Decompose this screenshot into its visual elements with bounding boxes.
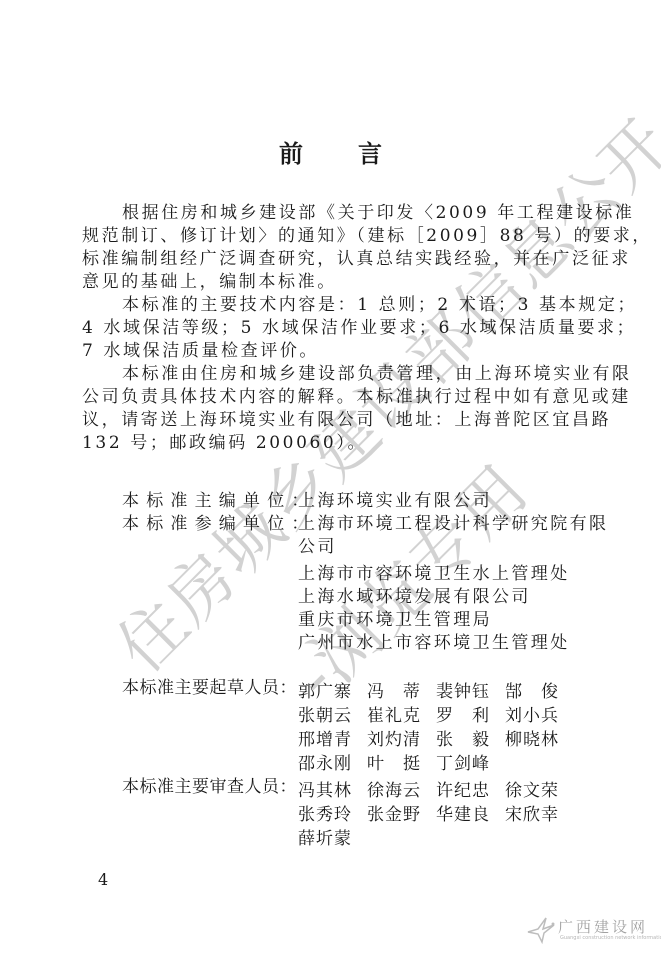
- reviewer-name: 张金野: [367, 800, 421, 825]
- title-char-2: 言: [358, 134, 381, 169]
- participating-unit: 上海水域环境发展有限公司: [298, 586, 531, 609]
- paragraph-2: 本标准的主要技术内容是：1 总则；2 术语；3 基本规定； 4 水域保洁等级；5…: [82, 294, 584, 363]
- drafter-name: 叶 挺: [367, 749, 421, 774]
- chief-editor-label: 本标准主编单位：: [122, 490, 316, 513]
- drafter-name: 郭广寨: [298, 677, 352, 702]
- paragraph-3: 本标准由住房和城乡建设部负责管理，由上海环境实业有限 公司负责具体技术内容的解释…: [82, 363, 584, 455]
- reviewer-name: 徐海云: [367, 776, 421, 801]
- site-logo: 广西建设网 Guangxi construction network infor…: [526, 916, 658, 946]
- drafter-name: 邵永刚: [298, 749, 352, 774]
- text-line: 意见的基础上，编制本标准。: [82, 271, 584, 294]
- drafter-name: 丁剑峰: [436, 749, 490, 774]
- text-line: 7 水域保洁质量检查评价。: [82, 340, 584, 363]
- participating-unit: 上海市环境工程设计科学研究院有限: [298, 513, 608, 536]
- text-line: 本标准的主要技术内容是：1 总则；2 术语；3 基本规定；: [82, 294, 584, 317]
- preface-body: 根据住房和城乡建设部《关于印发〈2009 年工程建设标准 规范制订、修订计划〉的…: [82, 202, 584, 455]
- drafter-name: 冯 蒂: [367, 677, 421, 702]
- reviewer-name: 许纪忠: [436, 776, 490, 801]
- reviewer-name: 华建良: [436, 800, 490, 825]
- title-char-1: 前: [279, 134, 302, 169]
- reviewer-name: 张秀玲: [298, 800, 352, 825]
- logo-subtitle: Guangxi construction network information: [560, 935, 661, 941]
- participating-unit: 上海市市容环境卫生水上管理处: [298, 563, 570, 586]
- drafter-name: 张 毅: [436, 725, 490, 750]
- drafter-name: 柳晓林: [505, 725, 559, 750]
- drafter-name: 郜 俊: [505, 677, 559, 702]
- reviewer-name: 徐文荣: [505, 776, 559, 801]
- drafter-name: 邢增青: [298, 725, 352, 750]
- drafter-name: 罗 利: [436, 701, 490, 726]
- text-line: 规范制订、修订计划〉的通知》（建标［2009］88 号）的要求，: [82, 225, 584, 248]
- text-line: 公司负责具体技术内容的解释。本标准执行过程中如有意见或建: [82, 386, 584, 409]
- drafter-name: 张朝云: [298, 701, 352, 726]
- drafter-name: 裴钟钰: [436, 677, 490, 702]
- paragraph-1: 根据住房和城乡建设部《关于印发〈2009 年工程建设标准 规范制订、修订计划〉的…: [82, 202, 584, 294]
- participating-label: 本标准参编单位：: [122, 513, 316, 536]
- star-logo-icon: [526, 916, 556, 944]
- page-title: 前言: [279, 134, 381, 169]
- document-page: 前言 根据住房和城乡建设部《关于印发〈2009 年工程建设标准 规范制订、修订计…: [0, 0, 661, 958]
- participating-unit: 广州市水上市容环境卫生管理处: [298, 632, 570, 655]
- drafter-name: 崔礼克: [367, 701, 421, 726]
- chief-editor-value: 上海环境实业有限公司: [298, 490, 492, 513]
- text-line: 132 号；邮政编码 200060）。: [82, 432, 584, 455]
- reviewers-label: 本标准主要审查人员：: [122, 776, 297, 799]
- participating-unit: 公司: [298, 536, 337, 559]
- text-line: 标准编制组经广泛调查研究，认真总结实践经验，并在广泛征求: [82, 248, 584, 271]
- text-line: 本标准由住房和城乡建设部负责管理，由上海环境实业有限: [82, 363, 584, 386]
- text-line: 4 水域保洁等级；5 水域保洁作业要求；6 水域保洁质量要求；: [82, 317, 584, 340]
- reviewer-name: 宋欣幸: [505, 800, 559, 825]
- logo-text: 广西建设网: [558, 916, 648, 937]
- drafter-name: 刘灼清: [367, 725, 421, 750]
- reviewer-name: 冯其林: [298, 776, 352, 801]
- participating-unit: 重庆市环境卫生管理局: [298, 609, 492, 632]
- page-number: 4: [98, 870, 108, 889]
- text-line: 议，请寄送上海环境实业有限公司（地址：上海普陀区宜昌路: [82, 409, 584, 432]
- text-line: 根据住房和城乡建设部《关于印发〈2009 年工程建设标准: [82, 202, 584, 225]
- drafter-name: 刘小兵: [505, 701, 559, 726]
- drafters-label: 本标准主要起草人员：: [122, 677, 297, 700]
- reviewer-name: 薛圻蒙: [298, 824, 352, 849]
